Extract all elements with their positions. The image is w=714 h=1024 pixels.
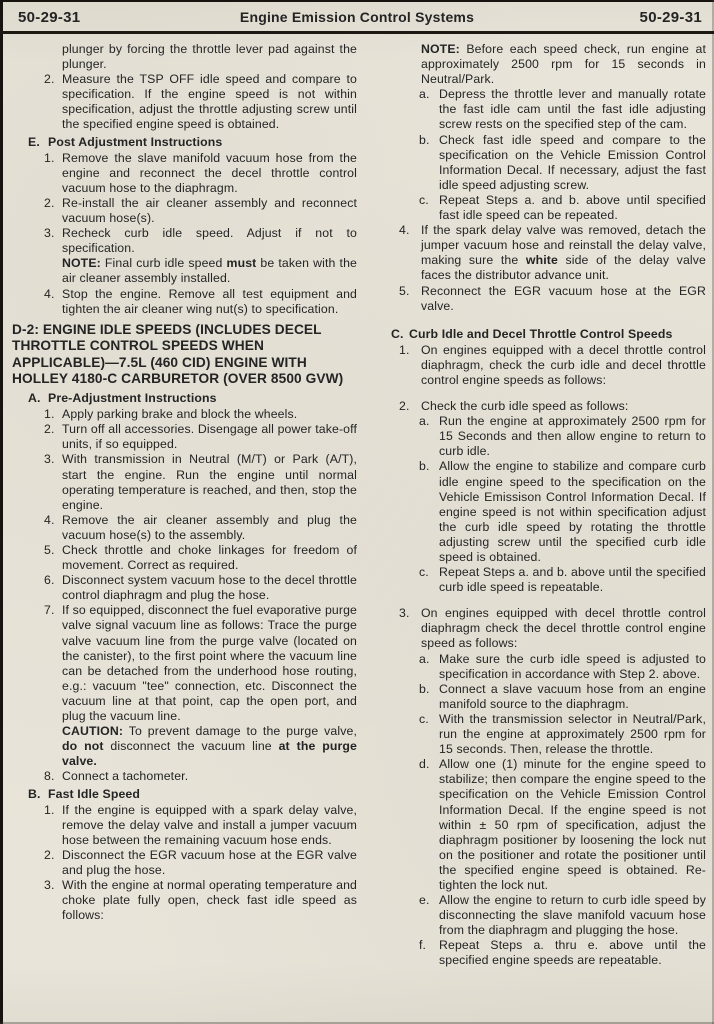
item-label: 5.: [44, 543, 62, 573]
numbered-item: 2.Re-install the air cleaner assembly an…: [12, 196, 357, 226]
item-label: d.: [419, 757, 439, 893]
item-label: b.: [419, 133, 439, 193]
numbered-item: 3.Recheck curb idle speed. Adjust if not…: [12, 226, 357, 256]
item-label: a.: [419, 652, 439, 682]
item-text: Recheck curb idle speed. Adjust if not t…: [62, 226, 357, 256]
item-text: Remove the slave manifold vacuum hose fr…: [62, 151, 357, 196]
lettered-item: b.Connect a slave vacuum hose from an en…: [391, 682, 706, 712]
item-text: Connect a tachometer.: [62, 769, 357, 784]
item-text: Run the engine at approximately 2500 rpm…: [439, 414, 706, 459]
item-label: b.: [419, 682, 439, 712]
item-label: 2.: [399, 399, 421, 414]
note-paragraph: NOTE: Before each speed check, run engin…: [421, 42, 706, 87]
lettered-item: f.Repeat Steps a. thru e. above until th…: [391, 938, 706, 968]
item-text: Allow the engine to stabilize and compar…: [439, 459, 706, 565]
item-label: a.: [419, 87, 439, 132]
item-text: Repeat Steps a. and b. above until speci…: [439, 193, 706, 223]
item-label: 4.: [44, 287, 62, 317]
page-header: 50-29-31 Engine Emission Control Systems…: [0, 0, 714, 34]
numbered-item: 1.If the engine is equipped with a spark…: [12, 803, 357, 848]
item-label: 2.: [44, 848, 62, 878]
lettered-item: b.Check fast idle speed and compare to t…: [391, 133, 706, 193]
item-text: Measure the TSP OFF idle speed and compa…: [62, 72, 357, 132]
left-column: plunger by forcing the throttle lever pa…: [12, 42, 357, 969]
numbered-item: 7.If so equipped, disconnect the fuel ev…: [12, 603, 357, 724]
item-label: E.: [28, 135, 48, 150]
article-title: D-2: ENGINE IDLE SPEEDS (INCLUDES DECEL …: [12, 322, 357, 388]
item-label: 7.: [44, 603, 62, 724]
item-text: On engines equipped with decel throttle …: [421, 606, 706, 651]
item-text: Remove the air cleaner assembly and plug…: [62, 513, 357, 543]
item-text: Post Adjustment Instructions: [48, 135, 357, 150]
item-label: A.: [28, 391, 48, 406]
item-label: 1.: [44, 803, 62, 848]
item-label: C.: [391, 327, 409, 342]
item-text: plunger by forcing the throttle lever pa…: [62, 42, 357, 72]
numbered-item: 2.Check the curb idle speed as follows:: [391, 399, 706, 414]
numbered-item: 2.Measure the TSP OFF idle speed and com…: [12, 72, 357, 132]
numbered-item: 3.With transmission in Neutral (M/T) or …: [12, 452, 357, 512]
item-label: c.: [419, 712, 439, 757]
item-text: Apply parking brake and block the wheels…: [62, 407, 357, 422]
item-text: Re-install the air cleaner assembly and …: [62, 196, 357, 226]
item-text: Check fast idle speed and compare to the…: [439, 133, 706, 193]
vertical-gap: [391, 595, 706, 606]
item-label: 5.: [399, 284, 421, 314]
item-label: 3.: [44, 452, 62, 512]
lettered-item: c.Repeat Steps a. and b. above until spe…: [391, 193, 706, 223]
section-heading: A.Pre-Adjustment Instructions: [12, 391, 357, 406]
item-label: c.: [419, 193, 439, 223]
item-label: 2.: [44, 72, 62, 132]
numbered-item: 5.Check throttle and choke linkages for …: [12, 543, 357, 573]
item-text: Depress the throttle lever and manually …: [439, 87, 706, 132]
item-label: e.: [419, 893, 439, 938]
item-text: NOTE: Before each speed check, run engin…: [421, 42, 706, 87]
item-label: b.: [419, 459, 439, 565]
item-text: CAUTION: To prevent damage to the purge …: [62, 724, 357, 769]
item-label: 1.: [399, 343, 421, 388]
item-text: With transmission in Neutral (M/T) or Pa…: [62, 452, 357, 512]
item-label: c.: [419, 565, 439, 595]
lettered-item: e.Allow the engine to return to curb idl…: [391, 893, 706, 938]
item-text: Repeat Steps a. thru e. above until the …: [439, 938, 706, 968]
section-heading: E.Post Adjustment Instructions: [12, 135, 357, 150]
vertical-gap: [391, 314, 706, 325]
item-text: Check the curb idle speed as follows:: [421, 399, 706, 414]
lettered-item: c.Repeat Steps a. and b. above until the…: [391, 565, 706, 595]
item-label: 1.: [44, 151, 62, 196]
item-text: Reconnect the EGR vacuum hose at the EGR…: [421, 284, 706, 314]
lettered-item: a.Make sure the curb idle speed is adjus…: [391, 652, 706, 682]
item-text: Turn off all accessories. Disengage all …: [62, 422, 357, 452]
lettered-item: c.With the transmission selector in Neut…: [391, 712, 706, 757]
section-heading: C.Curb Idle and Decel Throttle Control S…: [391, 327, 706, 342]
continuation-text: plunger by forcing the throttle lever pa…: [62, 42, 357, 72]
item-label: f.: [419, 938, 439, 968]
lettered-item: a.Run the engine at approximately 2500 r…: [391, 414, 706, 459]
item-label: 1.: [44, 407, 62, 422]
item-text: Stop the engine. Remove all test equipme…: [62, 287, 357, 317]
numbered-item: 1.Apply parking brake and block the whee…: [12, 407, 357, 422]
item-text: Fast Idle Speed: [48, 787, 357, 802]
item-label: 2.: [44, 196, 62, 226]
page-body: plunger by forcing the throttle lever pa…: [0, 34, 714, 969]
numbered-item: 3.With the engine at normal operating te…: [12, 878, 357, 923]
item-label: 3.: [44, 226, 62, 256]
numbered-item: 4.Stop the engine. Remove all test equip…: [12, 287, 357, 317]
scan-edge-left: [0, 0, 3, 1024]
item-text: Allow one (1) minute for the engine spee…: [439, 757, 706, 893]
item-text: D-2: ENGINE IDLE SPEEDS (INCLUDES DECEL …: [12, 322, 357, 388]
numbered-item: 3.On engines equipped with decel throttl…: [391, 606, 706, 651]
item-text: Connect a slave vacuum hose from an engi…: [439, 682, 706, 712]
page-title: Engine Emission Control Systems: [0, 9, 714, 25]
section-heading: B.Fast Idle Speed: [12, 787, 357, 802]
item-text: If the engine is equipped with a spark d…: [62, 803, 357, 848]
item-text: With the engine at normal operating temp…: [62, 878, 357, 923]
numbered-item: 8.Connect a tachometer.: [12, 769, 357, 784]
item-text: On engines equipped with a decel throttl…: [421, 343, 706, 388]
item-text: Pre-Adjustment Instructions: [48, 391, 357, 406]
numbered-item: 2.Turn off all accessories. Disengage al…: [12, 422, 357, 452]
item-label: 4.: [44, 513, 62, 543]
numbered-item: 1.Remove the slave manifold vacuum hose …: [12, 151, 357, 196]
item-text: Disconnect the EGR vacuum hose at the EG…: [62, 848, 357, 878]
numbered-item: 5.Reconnect the EGR vacuum hose at the E…: [391, 284, 706, 314]
item-text: With the transmission selector in Neutra…: [439, 712, 706, 757]
note-paragraph: NOTE: Final curb idle speed must be take…: [62, 256, 357, 286]
caution-paragraph: CAUTION: To prevent damage to the purge …: [62, 724, 357, 769]
item-text: Make sure the curb idle speed is adjuste…: [439, 652, 706, 682]
item-text: NOTE: Final curb idle speed must be take…: [62, 256, 357, 286]
item-label: 6.: [44, 573, 62, 603]
item-label: 3.: [44, 878, 62, 923]
item-text: Allow the engine to return to curb idle …: [439, 893, 706, 938]
lettered-item: d.Allow one (1) minute for the engine sp…: [391, 757, 706, 893]
item-text: If the spark delay valve was removed, de…: [421, 223, 706, 283]
lettered-item: a.Depress the throttle lever and manuall…: [391, 87, 706, 132]
item-label: 3.: [399, 606, 421, 651]
numbered-item: 4.Remove the air cleaner assembly and pl…: [12, 513, 357, 543]
item-text: Repeat Steps a. and b. above until the s…: [439, 565, 706, 595]
vertical-gap: [391, 388, 706, 399]
numbered-item: 2.Disconnect the EGR vacuum hose at the …: [12, 848, 357, 878]
item-label: 8.: [44, 769, 62, 784]
item-text: Check throttle and choke linkages for fr…: [62, 543, 357, 573]
numbered-item: 4.If the spark delay valve was removed, …: [391, 223, 706, 283]
item-label: 2.: [44, 422, 62, 452]
numbered-item: 6.Disconnect system vacuum hose to the d…: [12, 573, 357, 603]
item-text: Curb Idle and Decel Throttle Control Spe…: [409, 327, 706, 342]
lettered-item: b.Allow the engine to stabilize and comp…: [391, 459, 706, 565]
right-column: NOTE: Before each speed check, run engin…: [391, 42, 706, 969]
item-label: a.: [419, 414, 439, 459]
item-label: 4.: [399, 223, 421, 283]
item-text: If so equipped, disconnect the fuel evap…: [62, 603, 357, 724]
item-label: B.: [28, 787, 48, 802]
numbered-item: 1.On engines equipped with a decel throt…: [391, 343, 706, 388]
manual-page: { "header": { "page_left": "50-29-31", "…: [0, 0, 714, 1024]
item-text: Disconnect system vacuum hose to the dec…: [62, 573, 357, 603]
